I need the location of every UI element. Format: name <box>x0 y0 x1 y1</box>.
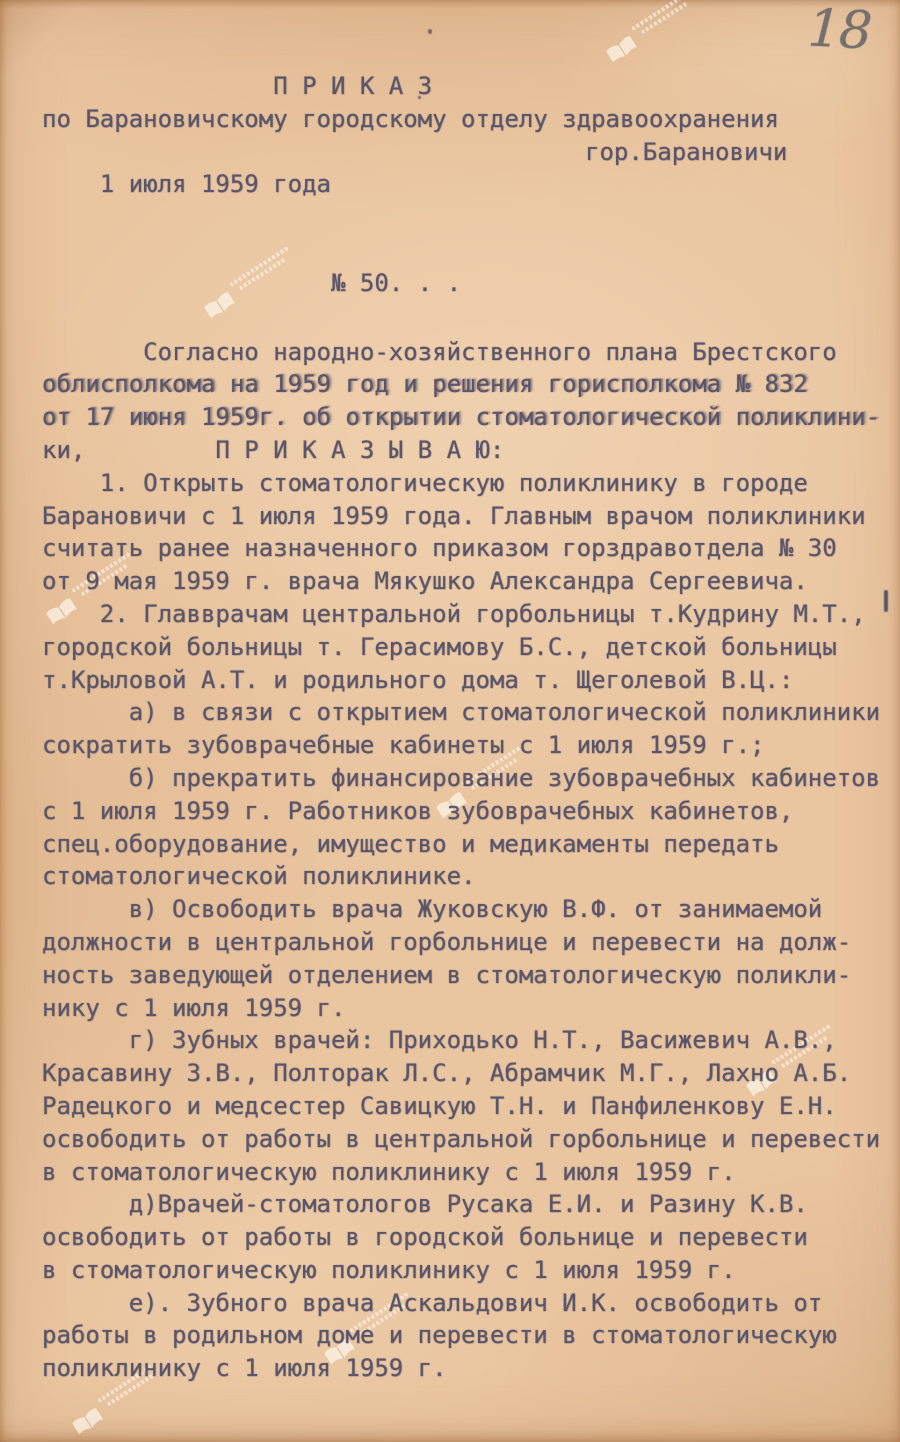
text-line: считать ранее назначенного приказом горз… <box>42 532 900 565</box>
text-line: ки, П Р И К А З Ы В А Ю: <box>42 434 900 467</box>
ink-speck <box>418 96 421 99</box>
text-line: Радецкого и медсестер Савицкую Т.Н. и Па… <box>42 1090 900 1123</box>
text-line: освободить от работы в центральной горбо… <box>42 1123 900 1156</box>
text-line: облисполкома на 1959 год и решения горис… <box>42 368 900 401</box>
order-title: П Р И К А З <box>42 70 900 103</box>
ink-mark <box>884 590 888 612</box>
text-line: от 17 июня 1959г. об открытии стоматолог… <box>42 401 900 434</box>
text-line: б) прекратить финансирование зубоврачебн… <box>42 762 900 795</box>
text-line: г) Зубных врачей: Приходько Н.Т., Васиже… <box>42 1024 900 1057</box>
text-line: работы в родильном доме и перевести в ст… <box>42 1319 900 1352</box>
text-line: с 1 июля 1959 г. Работников зубоврачебны… <box>42 795 900 828</box>
text-line: а) в связи с открытием стоматологической… <box>42 696 900 729</box>
text-line: т.Крыловой А.Т. и родильного дома т. Щег… <box>42 664 900 697</box>
order-place: гор.Барановичи <box>585 136 787 169</box>
text-line: 2. Главврачам центральной горбольницы т.… <box>42 598 900 631</box>
text-line: в стоматологическую поликлинику с 1 июля… <box>42 1156 900 1189</box>
text-line: нику с 1 июля 1959 г. <box>42 992 900 1025</box>
order-issuer-line: по Барановичскому городскому отделу здра… <box>42 103 900 136</box>
text-line: спец.оборудование, имущество и медикамен… <box>42 828 900 861</box>
text-line: Согласно народно-хозяйственного плана Бр… <box>42 336 900 369</box>
ink-speck <box>428 29 432 34</box>
text-line: стоматологической поликлинике. <box>42 860 900 893</box>
text-line: освободить от работы в городской больниц… <box>42 1221 900 1254</box>
text-line: д)Врачей-стоматологов Русака Е.И. и Рази… <box>42 1188 900 1221</box>
handwritten-page-number: 18 <box>806 0 871 62</box>
text-line: ность заведующей отделением в стоматолог… <box>42 959 900 992</box>
order-date-place-line: 1 июля 1959 года гор.Барановичи <box>42 136 900 267</box>
text-line: должности в центральной горбольнице и пе… <box>42 926 900 959</box>
text-line: городской больницы т. Герасимову Б.С., д… <box>42 631 900 664</box>
text-line: е). Зубного врача Аскальдович И.К. освоб… <box>42 1287 900 1320</box>
order-date: 1 июля 1959 года <box>100 170 331 198</box>
text-line: Барановичи с 1 июля 1959 года. Главным в… <box>42 500 900 533</box>
text-line: 1. Открыть стоматологическую поликлинику… <box>42 467 900 500</box>
document-body: Согласно народно-хозяйственного плана Бр… <box>42 336 900 1386</box>
text-line: поликлинику с 1 июля 1959 г. <box>42 1352 900 1385</box>
text-line: в) Освободить врача Жуковскую В.Ф. от за… <box>42 893 900 926</box>
text-line: от 9 мая 1959 г. врача Мякушко Александр… <box>42 565 900 598</box>
text-line: Красавину З.В., Полторак Л.С., Абрамчик … <box>42 1057 900 1090</box>
text-line: в стоматологическую поликлинику с 1 июля… <box>42 1254 900 1287</box>
document-page: П Р И К А З по Барановичскому городскому… <box>0 0 900 1442</box>
text-line: сократить зубоврачебные кабинеты с 1 июл… <box>42 729 900 762</box>
order-number-line: № 50. . . <box>42 267 900 300</box>
